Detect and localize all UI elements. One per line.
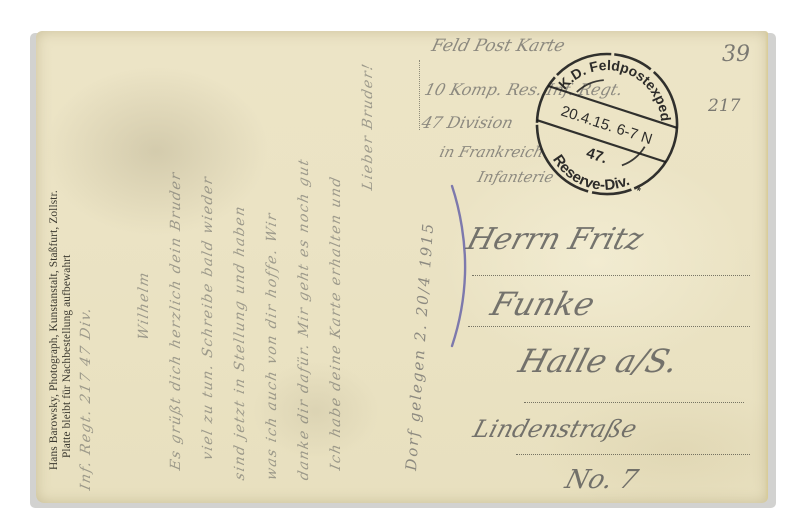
divider-line xyxy=(419,60,420,130)
corner-number-secondary: 217 xyxy=(708,96,740,116)
address-rule xyxy=(472,275,750,276)
address-recipient-name: Herrn Fritz xyxy=(463,222,647,257)
postmark-center-number: 47. xyxy=(584,145,609,168)
corner-number: 39 xyxy=(722,42,750,67)
message-line: Es grüßt dich herzlich dein Bruder xyxy=(168,170,184,472)
address-rule xyxy=(524,402,744,403)
postmark-date: 20.4.15. 6-7 N xyxy=(559,103,655,149)
message-line: viel zu tun. Schreibe bald wieder xyxy=(200,174,216,461)
message-line: Ich habe deine Karte erhalten und xyxy=(328,174,344,471)
message-line: Lieber Bruder! xyxy=(360,61,376,191)
address-house-number: No. 7 xyxy=(562,465,642,495)
postmark-star: * xyxy=(634,184,643,199)
message-line: Wilhelm xyxy=(136,270,152,342)
address-street: Lindenstraße xyxy=(470,415,640,443)
sender-line: 47 Division xyxy=(420,113,516,132)
address-city: Halle a/S. xyxy=(515,342,683,380)
message-line: Inf. Regt. 217 47 Div. xyxy=(78,305,94,492)
handwritten-message: Lieber Bruder! Ich habe deine Karte erha… xyxy=(60,30,410,490)
address-surname: Funke xyxy=(487,285,600,323)
message-line: sind jetzt in Stellung und haben xyxy=(232,204,248,482)
scan-scene: Hans Barowsky, Photograph, Kunstanstalt,… xyxy=(0,0,795,530)
crayon-mark xyxy=(448,182,472,350)
card-edge xyxy=(765,31,768,503)
message-line: danke dir dafür. Mir geht es noch gut xyxy=(296,157,312,482)
address-rule xyxy=(468,326,750,327)
address-rule xyxy=(516,454,750,455)
message-line: was ich auch von dir hoffe. Wir xyxy=(264,211,280,482)
sender-line: Feld Post Karte xyxy=(430,36,567,56)
